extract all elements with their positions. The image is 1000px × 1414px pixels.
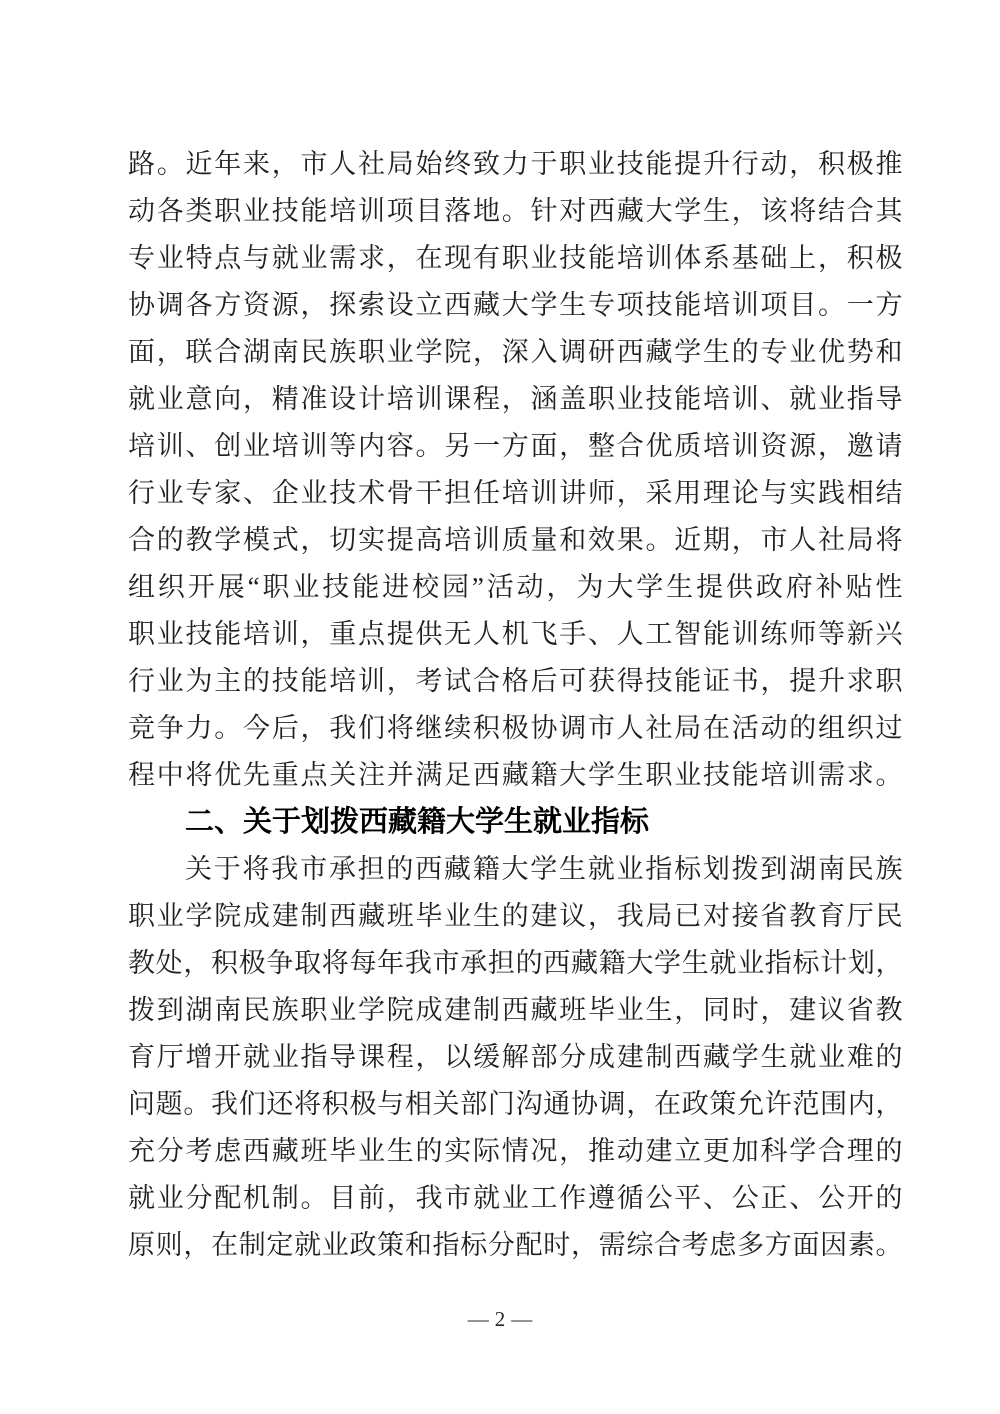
body-line: 协调各方资源，探索设立西藏大学生专项技能培训项目。一方	[128, 282, 903, 329]
body-line: 育厅增开就业指导课程，以缓解部分成建制西藏学生就业难的	[128, 1034, 903, 1081]
body-line: 关于将我市承担的西藏籍大学生就业指标划拨到湖南民族	[128, 846, 903, 893]
body-line: 就业分配机制。目前，我市就业工作遵循公平、公正、公开的	[128, 1175, 903, 1222]
document-body: 路。近年来，市人社局始终致力于职业技能提升行动，积极推 动各类职业技能培训项目落…	[128, 141, 903, 1269]
body-line: 行业专家、企业技术骨干担任培训讲师，采用理论与实践相结	[128, 470, 903, 517]
body-line: 程中将优先重点关注并满足西藏籍大学生职业技能培训需求。	[128, 752, 903, 799]
body-line: 行业为主的技能培训，考试合格后可获得技能证书，提升求职	[128, 658, 903, 705]
footer-dash-left: —	[468, 1303, 489, 1335]
body-line: 原则，在制定就业政策和指标分配时，需综合考虑多方面因素。	[128, 1222, 903, 1269]
document-page: 路。近年来，市人社局始终致力于职业技能提升行动，积极推 动各类职业技能培训项目落…	[0, 0, 1000, 1414]
footer-dash-right: —	[511, 1303, 532, 1335]
page-number: 2	[495, 1303, 506, 1335]
body-line: 路。近年来，市人社局始终致力于职业技能提升行动，积极推	[128, 141, 903, 188]
body-line: 职业技能培训，重点提供无人机飞手、人工智能训练师等新兴	[128, 611, 903, 658]
body-line: 问题。我们还将积极与相关部门沟通协调，在政策允许范围内，	[128, 1081, 903, 1128]
body-line: 竞争力。今后，我们将继续积极协调市人社局在活动的组织过	[128, 705, 903, 752]
body-line: 职业学院成建制西藏班毕业生的建议，我局已对接省教育厅民	[128, 893, 903, 940]
body-line: 拨到湖南民族职业学院成建制西藏班毕业生，同时，建议省教	[128, 987, 903, 1034]
body-line: 培训、创业培训等内容。另一方面，整合优质培训资源，邀请	[128, 423, 903, 470]
body-line: 教处，积极争取将每年我市承担的西藏籍大学生就业指标计划，	[128, 940, 903, 987]
body-line: 组织开展“职业技能进校园”活动，为大学生提供政府补贴性	[128, 564, 903, 611]
body-line: 就业意向，精准设计培训课程，涵盖职业技能培训、就业指导	[128, 376, 903, 423]
section-heading: 二、关于划拨西藏籍大学生就业指标	[128, 799, 903, 846]
body-line: 专业特点与就业需求，在现有职业技能培训体系基础上，积极	[128, 235, 903, 282]
body-line: 合的教学模式，切实提高培训质量和效果。近期，市人社局将	[128, 517, 903, 564]
page-footer: —2—	[0, 1303, 1000, 1335]
body-line: 面，联合湖南民族职业学院，深入调研西藏学生的专业优势和	[128, 329, 903, 376]
body-line: 动各类职业技能培训项目落地。针对西藏大学生，该将结合其	[128, 188, 903, 235]
body-line: 充分考虑西藏班毕业生的实际情况，推动建立更加科学合理的	[128, 1128, 903, 1175]
